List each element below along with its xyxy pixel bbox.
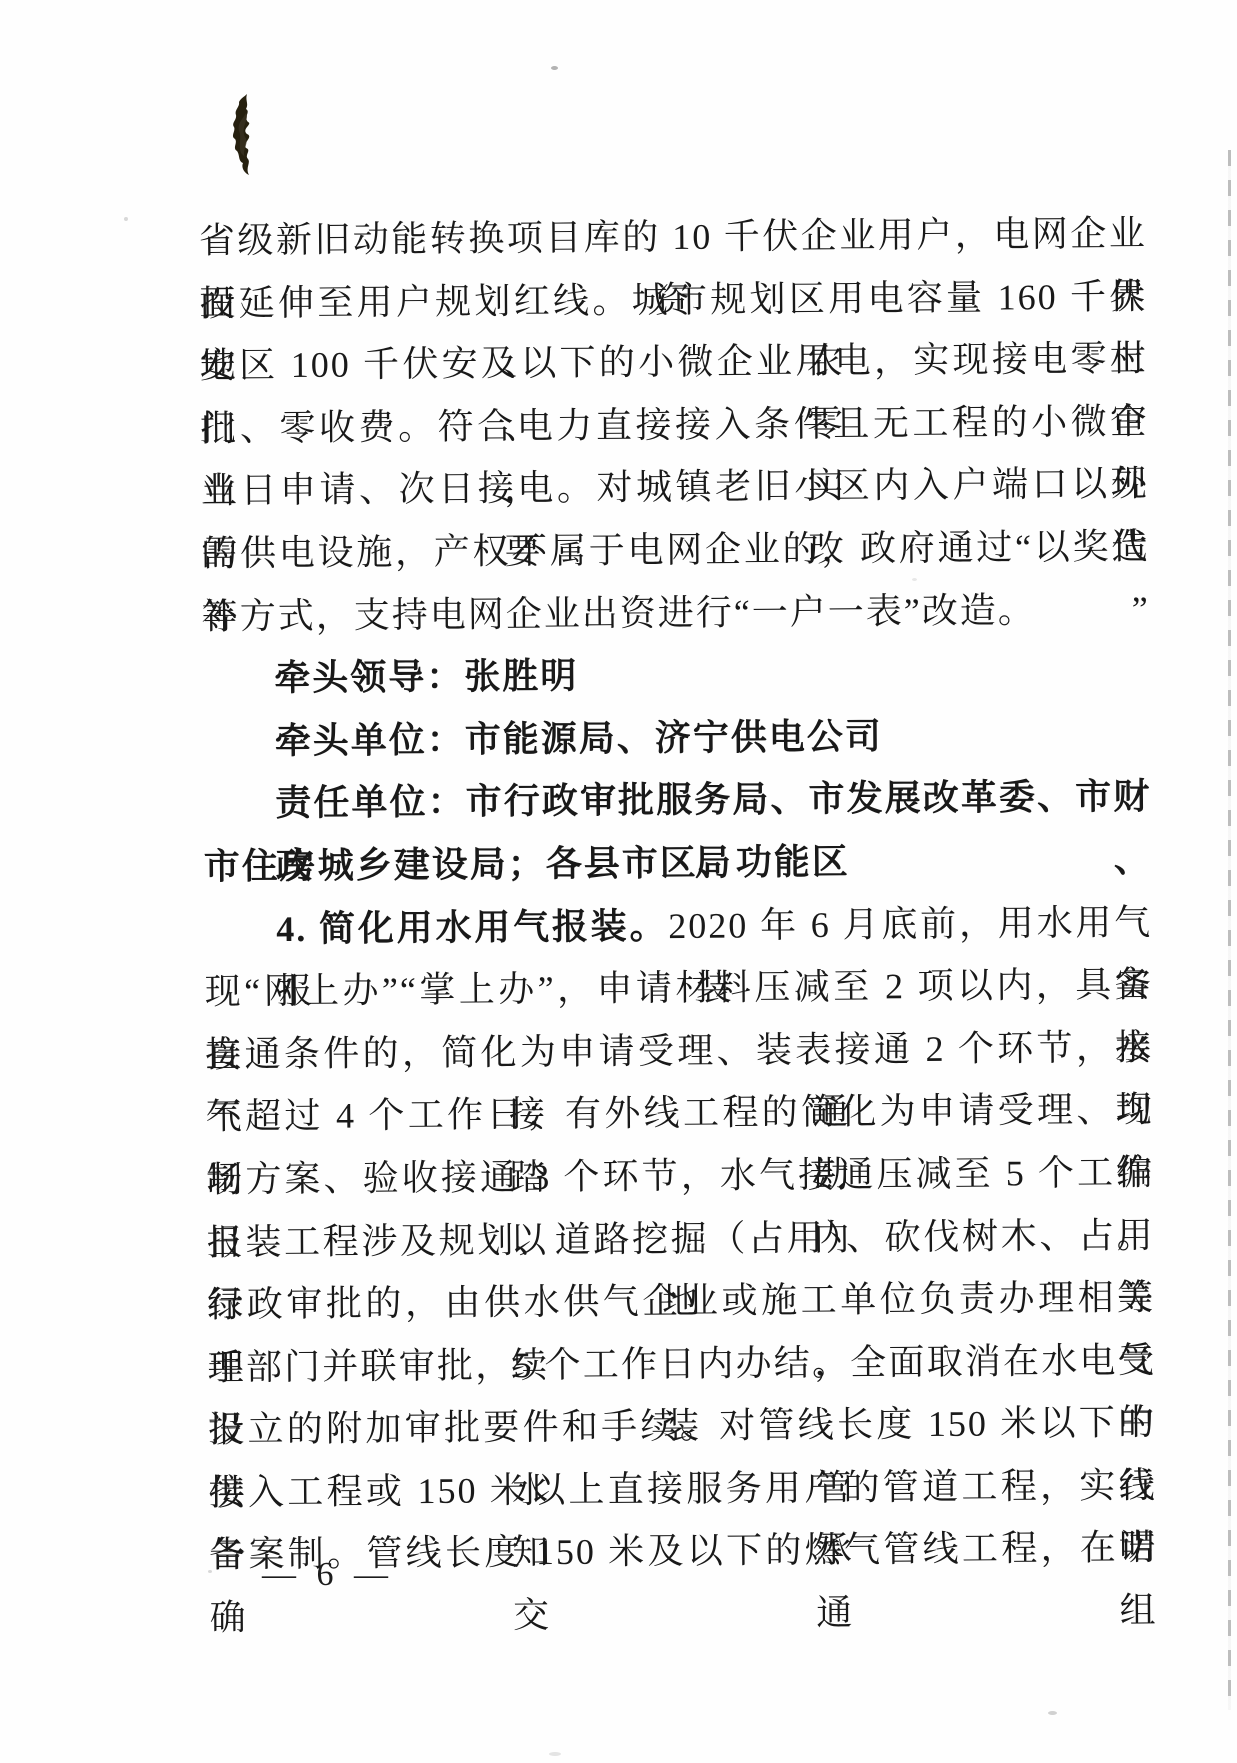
item-4-heading: 4. 简化用水用气报装。 <box>276 906 668 949</box>
text-line: 理部门并联审批，5 个工作日内办结。全面取消在水电气报装中 <box>207 1329 1155 1399</box>
text-line: 等方式，支持电网企业出资进行“一户一表”改造。 <box>202 578 1150 648</box>
body-text-block: 省级新旧动能转换项目库的 10 千伏企业用户，电网企业投资界 面延伸至用户规划红… <box>199 202 1158 1586</box>
lead-leader-line: 牵头领导：张胜明 <box>202 640 1150 710</box>
text-line: 行政审批的，由供水供气企业或施工单位负责办理相关手续，受 <box>207 1266 1155 1336</box>
ink-blot-artifact <box>226 93 266 178</box>
text-line: 当日申请、次日接电。对城镇老旧小区内入户端口以外需要改造 <box>201 453 1149 523</box>
text-line: 报装工程涉及规划、道路挖掘（占用）、砍伐树木、占用绿地等 <box>206 1204 1154 1274</box>
text-line: 4. 简化用水用气报装。2020 年 6 月底前，用水用气报装实 <box>204 891 1152 961</box>
text-line: 的供电设施，产权不属于电网企业的，政府通过“以奖代补” <box>201 515 1149 585</box>
text-line: 接通条件的，简化为申请受理、装表接通 2 个环节，水气接通均 <box>205 1016 1153 1086</box>
scan-speck <box>124 217 128 221</box>
scan-edge-line-artifact <box>1228 150 1231 1710</box>
lead-unit-line: 牵头单位：市能源局、济宁供电公司 <box>203 703 1151 773</box>
text-line: 设立的附加审批要件和手续。对管线长度 150 米以下的供水管线 <box>208 1392 1156 1462</box>
text-line: 不超过 4 个工作日；有外线工程的简化为申请受理、现场踏勘编 <box>205 1079 1153 1149</box>
page-number: — 6 — <box>262 1556 394 1594</box>
responsible-unit-line: 责任单位：市行政审批服务局、市发展改革委、市财政局、 <box>203 766 1151 836</box>
text-line: 地区 100 千伏安及以下的小微企业用电，实现接电零上门、零审 <box>200 327 1148 397</box>
text-line: 制方案、验收接通 3 个环节，水气接通压减至 5 个工作日以内。 <box>206 1141 1154 1211</box>
scan-speck <box>1048 1711 1057 1715</box>
scan-speck <box>549 1752 561 1756</box>
text-line: 面延伸至用户规划红线。城市规划区用电容量 160 千伏安、农村 <box>199 265 1147 335</box>
text-line: 省级新旧动能转换项目库的 10 千伏企业用户，电网企业投资界 <box>199 202 1147 272</box>
text-line: 现“网上办”“掌上办”，申请材料压减至 2 项以内，具备直接 <box>205 953 1153 1023</box>
text-line: 接入工程或 150 米以上直接服务用户的管道工程，实行告知承诺 <box>208 1454 1156 1524</box>
text-line: 批、零收费。符合电力直接接入条件且无工程的小微企业，实现 <box>200 390 1148 460</box>
document-page: 省级新旧动能转换项目库的 10 千伏企业用户，电网企业投资界 面延伸至用户规划红… <box>0 0 1237 1763</box>
scan-speck <box>551 66 558 70</box>
